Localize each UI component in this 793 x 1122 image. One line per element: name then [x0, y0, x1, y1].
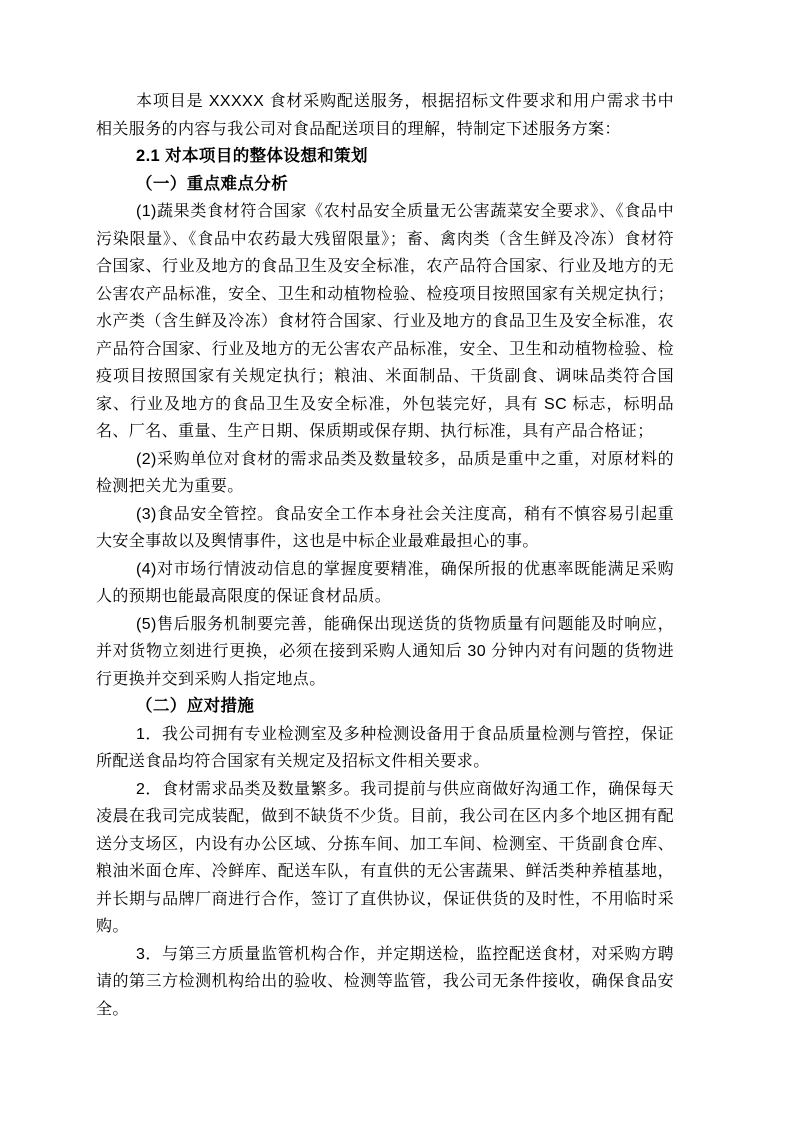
- paragraph: (2)采购单位对食材的需求品类及数量较多，品质是重中之重，对原材料的检测把关尤为…: [96, 446, 674, 501]
- document-page: 本项目是 XXXXX 食材采购配送服务，根据招标文件要求和用户需求书中相关服务的…: [0, 0, 793, 1122]
- document-text-area: 本项目是 XXXXX 食材采购配送服务，根据招标文件要求和用户需求书中相关服务的…: [96, 88, 674, 1023]
- section-heading: （二）应对措施: [96, 693, 674, 721]
- paragraph: (3)食品安全管控。食品安全工作本身社会关注度高，稍有不慎容易引起重大安全事故以…: [96, 501, 674, 556]
- paragraph: 本项目是 XXXXX 食材采购配送服务，根据招标文件要求和用户需求书中相关服务的…: [96, 88, 674, 143]
- paragraph: 3．与第三方质量监管机构合作，并定期送检，监控配送食材，对采购方聘请的第三方检测…: [96, 941, 674, 1024]
- paragraph: 2．食材需求品类及数量繁多。我司提前与供应商做好沟通工作，确保每天凌晨在我司完成…: [96, 776, 674, 941]
- paragraph: (1)蔬果类食材符合国家《农村品安全质量无公害蔬菜安全要求》、《食品中污染限量》…: [96, 198, 674, 446]
- paragraph: 1．我公司拥有专业检测室及多种检测设备用于食品质量检测与管控，保证所配送食品均符…: [96, 721, 674, 776]
- section-heading: （一）重点难点分析: [96, 171, 674, 199]
- paragraph: (4)对市场行情波动信息的掌握度要精准，确保所报的优惠率既能满足采购人的预期也能…: [96, 556, 674, 611]
- section-heading: 2.1 对本项目的整体设想和策划: [96, 143, 674, 171]
- paragraph: (5)售后服务机制要完善，能确保出现送货的货物质量有问题能及时响应，并对货物立刻…: [96, 611, 674, 694]
